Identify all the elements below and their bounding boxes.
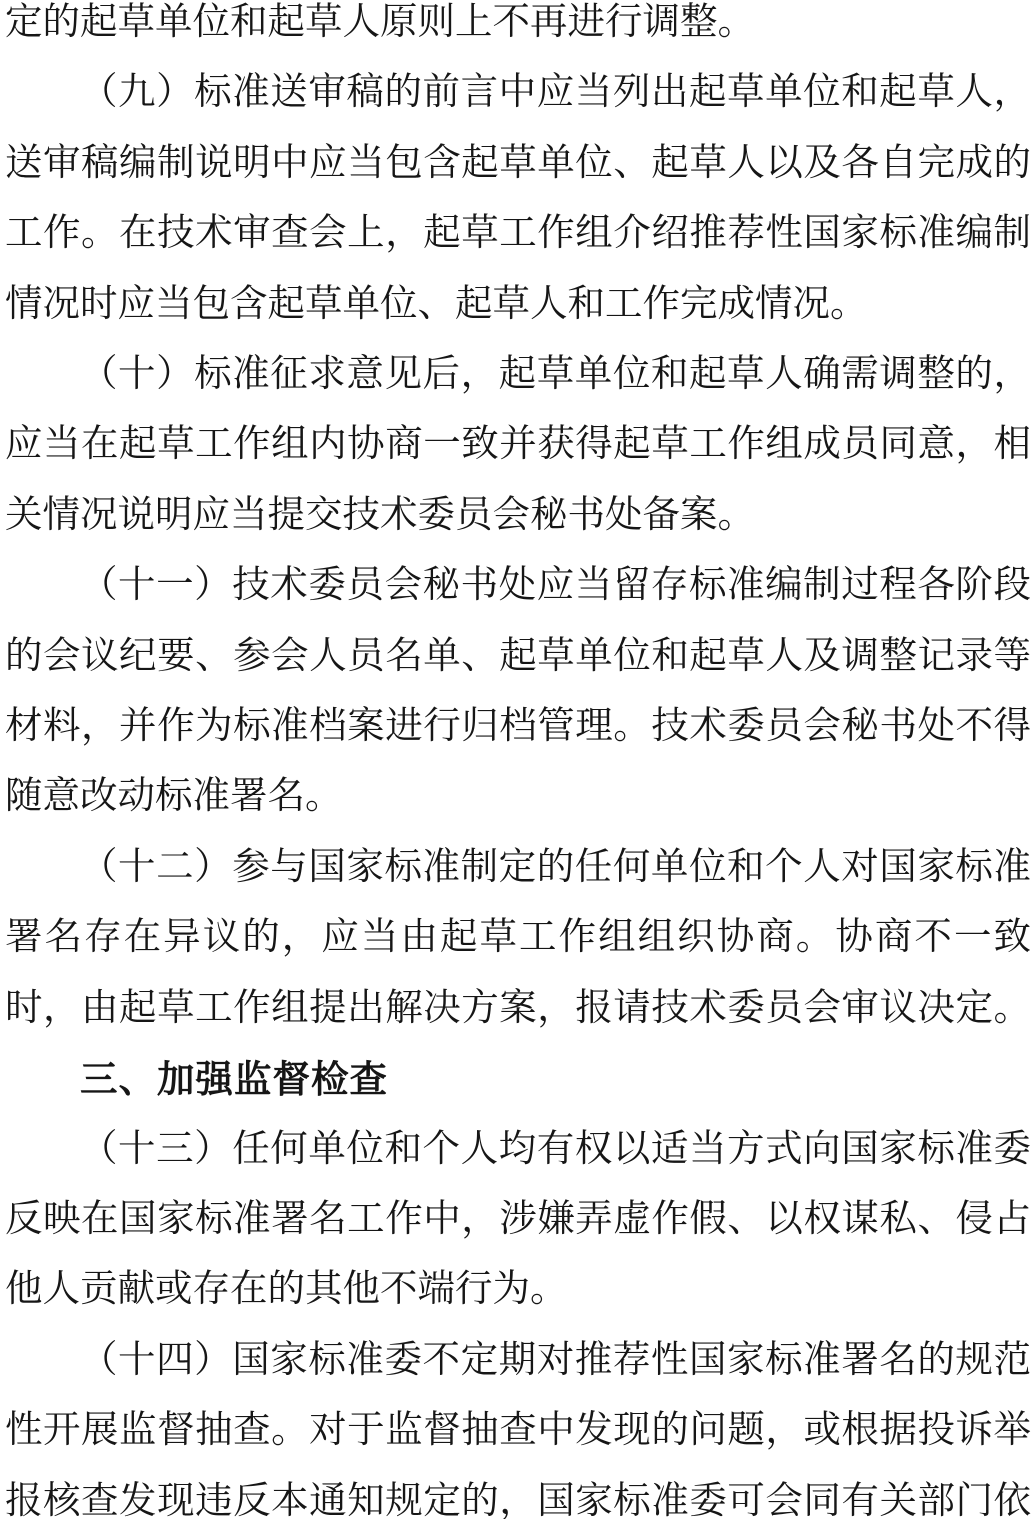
text-line: 随意改动标准署名。 bbox=[5, 762, 1031, 832]
text-line: 情况时应当包含起草单位、起草人和工作完成情况。 bbox=[5, 270, 1031, 340]
text-line: 工作。在技术审查会上，起草工作组介绍推荐性国家标准编制 bbox=[5, 199, 1031, 269]
text-line: （十三）任何单位和个人均有权以适当方式向国家标准委 bbox=[5, 1115, 1031, 1185]
text-line: （十一）技术委员会秘书处应当留存标准编制过程各阶段 bbox=[5, 551, 1031, 621]
text-line: 反映在国家标准署名工作中，涉嫌弄虚作假、以权谋私、侵占 bbox=[5, 1185, 1031, 1255]
text-line: 时，由起草工作组提出解决方案，报请技术委员会审议决定。 bbox=[5, 974, 1031, 1044]
text-line: 应当在起草工作组内协商一致并获得起草工作组成员同意，相 bbox=[5, 410, 1031, 480]
text-line: 材料，并作为标准档案进行归档管理。技术委员会秘书处不得 bbox=[5, 692, 1031, 762]
text-line: 的会议纪要、参会人员名单、起草单位和起草人及调整记录等 bbox=[5, 622, 1031, 692]
text-line: 关情况说明应当提交技术委员会秘书处备案。 bbox=[5, 481, 1031, 551]
document-page: 定的起草单位和起草人原则上不再进行调整。 （九）标准送审稿的前言中应当列出起草单… bbox=[0, 0, 1036, 1519]
section-heading: 三、加强监督检查 bbox=[5, 1044, 1031, 1114]
text-line: 送审稿编制说明中应当包含起草单位、起草人以及各自完成的 bbox=[5, 129, 1031, 199]
text-line: 他人贡献或存在的其他不端行为。 bbox=[5, 1255, 1031, 1325]
text-line: 报核查发现违反本通知规定的，国家标准委可会同有关部门依 bbox=[5, 1467, 1031, 1519]
text-line: （十二）参与国家标准制定的任何单位和个人对国家标准 bbox=[5, 833, 1031, 903]
text-line: 性开展监督抽查。对于监督抽查中发现的问题，或根据投诉举 bbox=[5, 1396, 1031, 1466]
text-line: 定的起草单位和起草人原则上不再进行调整。 bbox=[5, 0, 1031, 58]
text-line: 署名存在异议的，应当由起草工作组组织协商。协商不一致 bbox=[5, 903, 1031, 973]
text-line: （九）标准送审稿的前言中应当列出起草单位和起草人， bbox=[5, 58, 1031, 128]
text-line: （十四）国家标准委不定期对推荐性国家标准署名的规范 bbox=[5, 1326, 1031, 1396]
text-line: （十）标准征求意见后，起草单位和起草人确需调整的， bbox=[5, 340, 1031, 410]
